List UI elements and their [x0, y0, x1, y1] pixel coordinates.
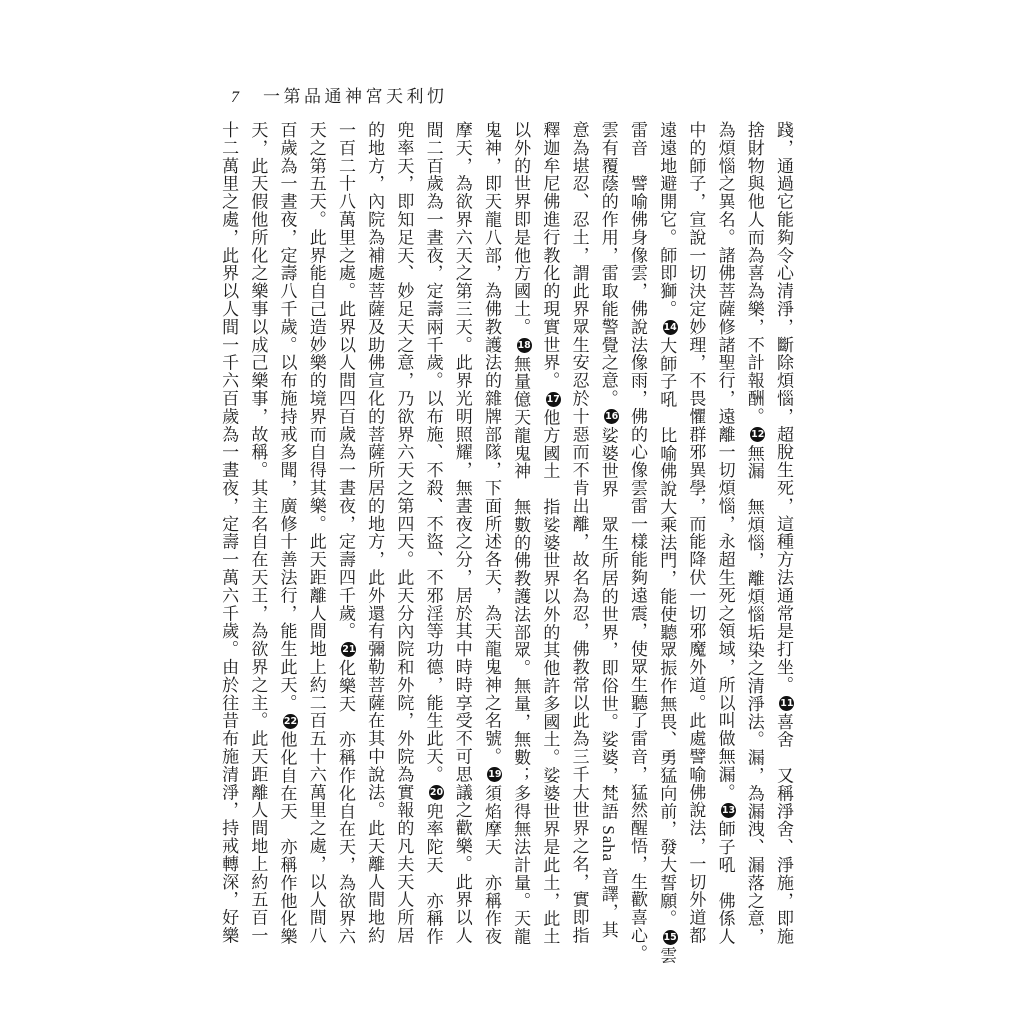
- text-run: 捨財物與他人而為喜為樂，不計報酬。: [745, 121, 764, 425]
- page-header: 7一第品通神宮天利忉: [231, 82, 448, 107]
- text-run: 喜舍 又稱淨舍、淨施，即施: [774, 713, 793, 946]
- note-number-badge: 14: [663, 320, 678, 335]
- text-run: 師子吼 佛係人: [716, 820, 735, 945]
- text-column: 摩天，為欲界六天之第三天。此界光明照耀，無晝夜之分，居於其中時時享受不可思議之歡…: [448, 121, 477, 969]
- text-column: 百歲為一晝夜，定壽八千歲。以布施持戒多聞，廣修十善法行，能生此天。22他化自在天…: [272, 121, 301, 969]
- text-run: 大師子吼 比喻佛說大乘法門，能使聽眾振作無畏、勇猛向前，發大誓願。: [657, 337, 676, 928]
- text-column: 捨財物與他人而為喜為樂，不計報酬。12無漏 無煩惱，離煩惱垢染之清淨法。漏，為漏…: [740, 121, 769, 969]
- note-number-badge: 21: [341, 642, 356, 657]
- text-run: 為煩惱之異名。諸佛菩薩修諸聖行，遠離一切煩惱，永超生死之領域，所以叫做無漏。: [716, 121, 735, 801]
- text-run: 釋迦牟尼佛進行教化的現實世界。: [540, 121, 559, 390]
- text-column: 鬼神，即天龍八部，為佛教護法的雜牌部隊，下面所述各天，為天龍鬼神之名號。19須焰…: [477, 121, 506, 969]
- text-run: 他化自在天 亦稱作他化樂: [278, 731, 297, 946]
- text-run: 須焰摩天 亦稱作夜: [482, 784, 501, 945]
- text-run: 摩天，為欲界六天之第三天。此界光明照耀，無晝夜之分，居於其中時時享受不可思議之歡…: [453, 121, 472, 944]
- text-run: 天，此天假他所化之樂事以成己樂事，故稱。其主名自在天王，為欲界之主。此天距離人間…: [248, 121, 267, 944]
- text-run: 雷音 譬喻佛身像雲，佛說法像雨，佛的心像雲雷一樣能夠遠震，使眾生聽了雷音，猛然醒…: [628, 121, 647, 962]
- text-column: 雷音 譬喻佛身像雲，佛說法像雨，佛的心像雲雷一樣能夠遠震，使眾生聽了雷音，猛然醒…: [623, 121, 652, 969]
- text-run: 間二百歲為一晝夜，定壽兩千歲。以布施、不殺、不盜、不邪淫等功德，能生此天。: [424, 121, 443, 783]
- text-run: 雲有覆蔭的作用，雷取能警覺之意。: [599, 121, 618, 407]
- note-number-badge: 19: [487, 767, 502, 782]
- chapter-title: 一第品通神宮天利忉: [263, 87, 448, 106]
- text-run: 遠遠地避開它。師即獅。: [657, 121, 676, 318]
- text-column: 天之第五天。此界能自己造妙樂的境界而自得其樂。此天距離人間地上約二百五十六萬里之…: [302, 121, 331, 969]
- text-run: 無量億天龍鬼神 無數的佛教護法部眾。無量，無數；多得無法計量。天龍: [511, 355, 530, 946]
- text-run: 意為堪忍、忍土，謂此界眾生安忍於十惡而不肯出離，故名為忍，佛教常以此為三千大世界…: [570, 121, 589, 944]
- vertical-text-block: 踐，通過它能夠令心清淨，斷除煩惱，超脫生死，這種方法通常是打坐。11喜舍 又稱淨…: [224, 121, 798, 969]
- text-column: 為煩惱之異名。諸佛菩薩修諸聖行，遠離一切煩惱，永超生死之領域，所以叫做無漏。13…: [710, 121, 739, 969]
- text-run: 兜率陀天 亦稱作: [424, 802, 443, 945]
- note-number-badge: 12: [750, 427, 765, 442]
- text-column: 的地方，內院為補處菩薩及助佛宣化的菩薩所居的地方，此外還有彌勒菩薩在其中說法。此…: [360, 121, 389, 969]
- text-run: 雲: [657, 947, 676, 965]
- text-run: 化樂天 亦稱作化自在天，為欲界六: [336, 659, 355, 945]
- text-column: 兜率天，即知足天、妙足天之意，乃欲界六天之第四天。此天分內院和外院，外院為實報的…: [389, 121, 418, 969]
- text-column: 間二百歲為一晝夜，定壽兩千歲。以布施、不殺、不盜、不邪淫等功德，能生此天。20兜…: [418, 121, 447, 969]
- page-number: 7: [231, 89, 239, 107]
- text-run: 百歲為一晝夜，定壽八千歲。以布施持戒多聞，廣修十善法行，能生此天。: [278, 121, 297, 712]
- text-run: 兜率天，即知足天、妙足天之意，乃欲界六天之第四天。此天分內院和外院，外院為實報的…: [394, 121, 413, 944]
- text-column: 一百二十八萬里之處。此界以人間四百歲為一晝夜，定壽四千歲。21化樂天 亦稱作化自…: [331, 121, 360, 969]
- text-run: 的地方，內院為補處菩薩及助佛宣化的菩薩所居的地方，此外還有彌勒菩薩在其中說法。此…: [365, 121, 384, 944]
- note-number-badge: 11: [779, 696, 794, 711]
- text-run: 踐，通過它能夠令心清淨，斷除煩惱，超脫生死，這種方法通常是打坐。: [774, 121, 793, 694]
- book-page: 7一第品通神宮天利忉 踐，通過它能夠令心清淨，斷除煩惱，超脫生死，這種方法通常是…: [0, 0, 1024, 1024]
- note-number-badge: 20: [429, 785, 444, 800]
- text-column: 意為堪忍、忍土，謂此界眾生安忍於十惡而不肯出離，故名為忍，佛教常以此為三千大世界…: [564, 121, 593, 969]
- text-run: 天之第五天。此界能自己造妙樂的境界而自得其樂。此天距離人間地上約二百五十六萬里之…: [307, 121, 326, 944]
- note-number-badge: 18: [517, 338, 532, 353]
- text-run: 鬼神，即天龍八部，為佛教護法的雜牌部隊，下面所述各天，為天龍鬼神之名號。: [482, 121, 501, 765]
- text-run: 娑婆世界 眾生所居的世界，即俗世。娑婆，梵語 Saha 音譯，其: [599, 426, 618, 938]
- text-column: 釋迦牟尼佛進行教化的現實世界。17他方國土 指娑婆世界以外的其他許多國土。娑婆世…: [535, 121, 564, 969]
- text-column: 遠遠地避開它。師即獅。14大師子吼 比喻佛說大乘法門，能使聽眾振作無畏、勇猛向前…: [652, 121, 681, 969]
- text-run: 十二萬里之處，此界以人間一千六百歲為一晝夜，定壽一萬六千歲。由於往昔布施清淨，持…: [219, 121, 238, 944]
- text-run: 以外的世界即是他方國土。: [511, 121, 530, 336]
- text-column: 十二萬里之處，此界以人間一千六百歲為一晝夜，定壽一萬六千歲。由於往昔布施清淨，持…: [214, 121, 243, 969]
- text-run: 他方國土 指娑婆世界以外的其他許多國土。娑婆世界是此土，此土: [540, 409, 559, 946]
- text-column: 中的師子，宣說一切決定妙理，不畏懼群邪異學，而能降伏一切邪魔外道。此處譬喻佛說法…: [681, 121, 710, 969]
- text-run: 中的師子，宣說一切決定妙理，不畏懼群邪異學，而能降伏一切邪魔外道。此處譬喻佛說法…: [686, 121, 705, 944]
- text-column: 踐，通過它能夠令心清淨，斷除煩惱，超脫生死，這種方法通常是打坐。11喜舍 又稱淨…: [769, 121, 798, 969]
- text-column: 雲有覆蔭的作用，雷取能警覺之意。16娑婆世界 眾生所居的世界，即俗世。娑婆，梵語…: [594, 121, 623, 969]
- note-number-badge: 16: [604, 409, 619, 424]
- note-number-badge: 22: [283, 714, 298, 729]
- note-number-badge: 13: [721, 803, 736, 818]
- text-column: 以外的世界即是他方國土。18無量億天龍鬼神 無數的佛教護法部眾。無量，無數；多得…: [506, 121, 535, 969]
- text-run: 無漏 無煩惱，離煩惱垢染之清淨法。漏，為漏洩、漏落之意，: [745, 444, 764, 945]
- text-column: 天，此天假他所化之樂事以成己樂事，故稱。其主名自在天王，為欲界之主。此天距離人間…: [243, 121, 272, 969]
- note-number-badge: 15: [663, 930, 678, 945]
- text-run: 一百二十八萬里之處。此界以人間四百歲為一晝夜，定壽四千歲。: [336, 121, 355, 640]
- note-number-badge: 17: [546, 392, 561, 407]
